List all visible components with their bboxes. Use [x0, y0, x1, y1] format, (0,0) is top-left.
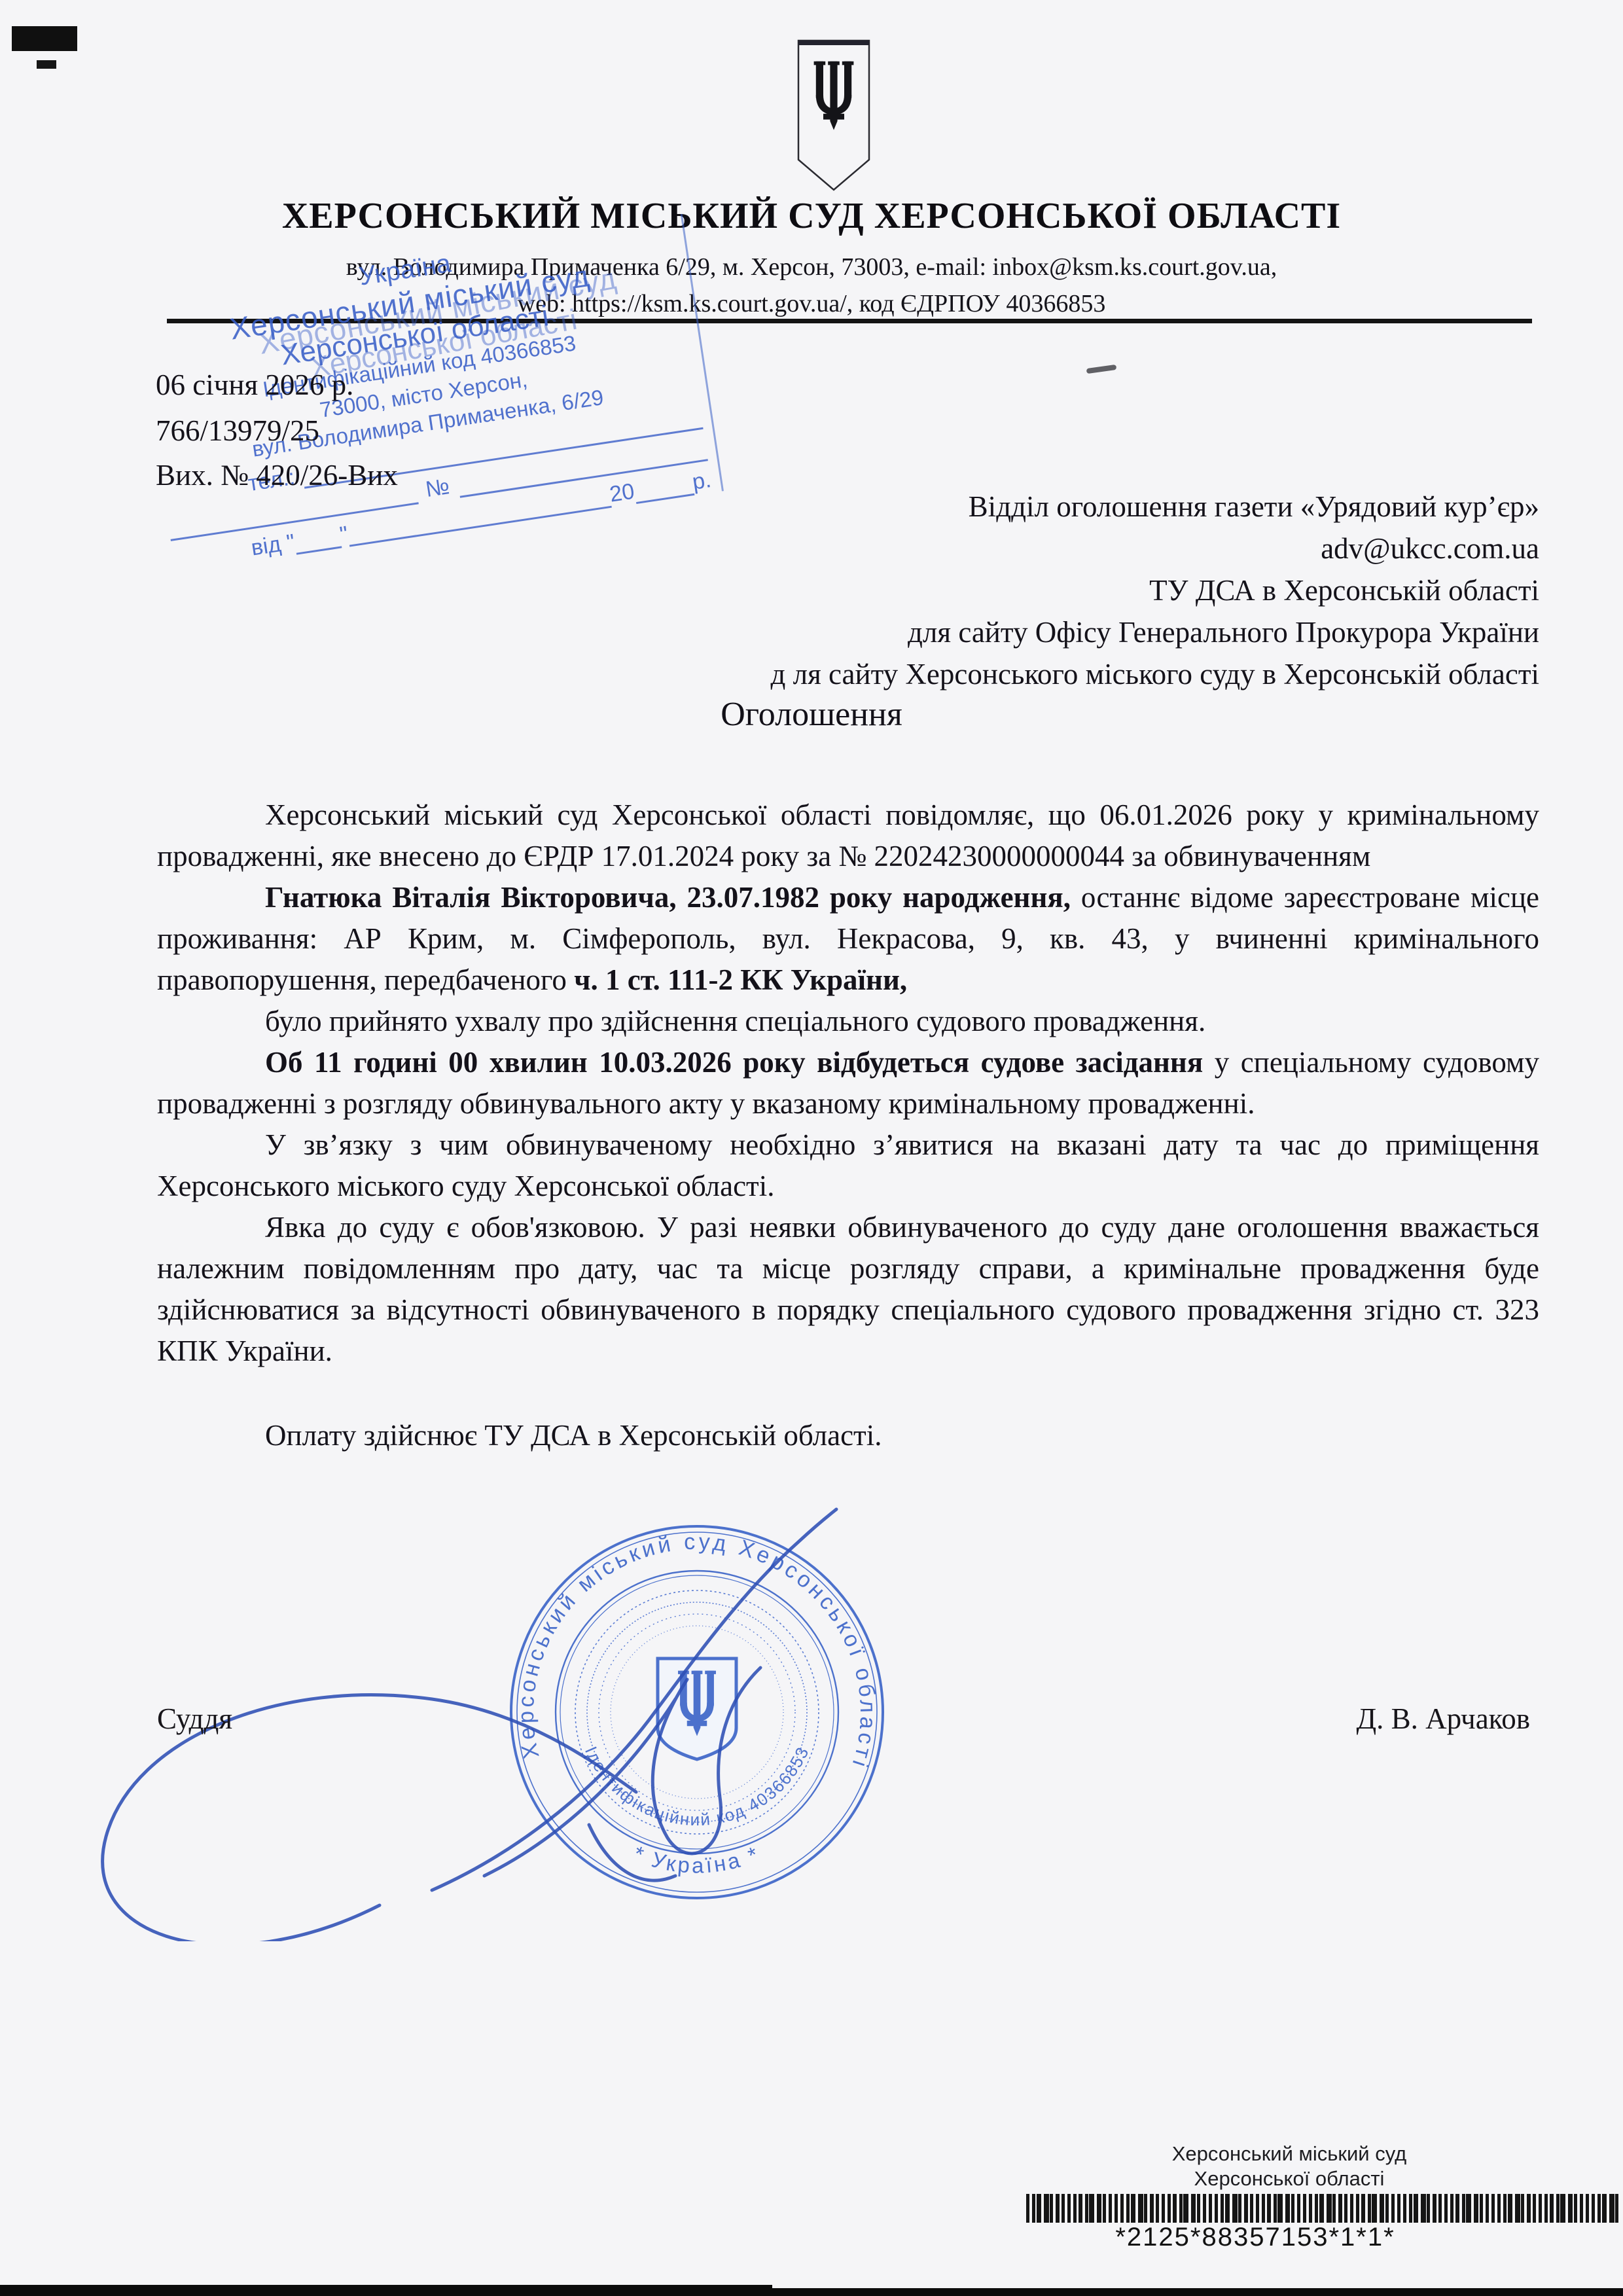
- scanned-court-letter: ХЕРСОНСЬКИЙ МІСЬКИЙ СУД ХЕРСОНСЬКОЇ ОБЛА…: [0, 0, 1623, 2296]
- recipient-line: д ля сайту Херсонського міського суду в …: [558, 653, 1539, 695]
- barcode-number: *2125*88357153*1*1*: [1026, 2223, 1484, 2252]
- payment-paragraph: Оплату здійснює ТУ ДСА в Херсонській обл…: [157, 1415, 1539, 1456]
- announcement-body: Херсонський міський суд Херсонської обла…: [157, 795, 1539, 1456]
- body-paragraph: Херсонський міський суд Херсонської обла…: [157, 795, 1539, 877]
- document-barcode: [1026, 2194, 1619, 2223]
- criminal-article: ч. 1 ст. 111-2 КК України,: [574, 963, 907, 996]
- stamp-number-label: №: [424, 474, 452, 503]
- letter-date: 06 січня 2026 р.: [156, 368, 353, 402]
- footer-court-line: Херсонський міський суд: [1021, 2142, 1558, 2166]
- ukraine-trident-emblem-icon: [793, 37, 874, 194]
- signature-role-label: Суддя: [157, 1702, 232, 1736]
- footer-court-line: Херсонської області: [1021, 2166, 1558, 2191]
- body-paragraph: Об 11 годині 00 хвилин 10.03.2026 року в…: [157, 1042, 1539, 1124]
- court-address-line: вул. Володимира Примаченка 6/29, м. Херс…: [0, 253, 1623, 281]
- hearing-datetime: Об 11 годині 00 хвилин 10.03.2026 року в…: [265, 1046, 1203, 1079]
- stamp-vid-label: від ": [249, 529, 296, 561]
- recipient-line: для сайту Офісу Генерального Прокурора У…: [558, 611, 1539, 653]
- outgoing-number: Вих. № 420/26-Вих: [156, 458, 398, 492]
- court-name-title: ХЕРСОНСЬКИЙ МІСЬКИЙ СУД ХЕРСОНСЬКОЇ ОБЛА…: [0, 195, 1623, 237]
- body-paragraph: У зв’язку з чим обвинуваченому необхідно…: [157, 1124, 1539, 1207]
- document-title: Оголошення: [0, 695, 1623, 734]
- body-paragraph: Явка до суду є обов'язковою. У разі неяв…: [157, 1207, 1539, 1372]
- scan-bottom-edge: [0, 2288, 1623, 2296]
- recipient-line: adv@ukcc.com.ua: [558, 528, 1539, 569]
- accused-name: Гнатюка Віталія Вікторовича, 23.07.1982 …: [265, 881, 1071, 914]
- round-seal: Херсонський міський суд Херсонської обла…: [65, 1483, 883, 1898]
- body-paragraph: Гнатюка Віталія Вікторовича, 23.07.1982 …: [157, 877, 1539, 1001]
- seal-country-text: * Україна *: [630, 1841, 764, 1878]
- case-number: 766/13979/25: [156, 414, 319, 448]
- body-paragraph: було прийнято ухвалу про здійснення спец…: [157, 1001, 1539, 1042]
- stamp-year-label: 20: [608, 479, 636, 508]
- scan-corner-mark: [12, 26, 77, 51]
- scan-speck: [1086, 365, 1117, 374]
- stamp-r-label: р.: [690, 467, 713, 495]
- judge-name: Д. В. Арчаков: [1356, 1702, 1530, 1736]
- recipient-line: ТУ ДСА в Херсонській області: [558, 569, 1539, 611]
- stamp-blank-line: [293, 524, 342, 555]
- recipient-block: Відділ оголошення газети «Урядовий кур’є…: [558, 486, 1539, 695]
- svg-text:* Україна *: * Україна *: [630, 1841, 764, 1878]
- scan-corner-mark: [37, 60, 56, 69]
